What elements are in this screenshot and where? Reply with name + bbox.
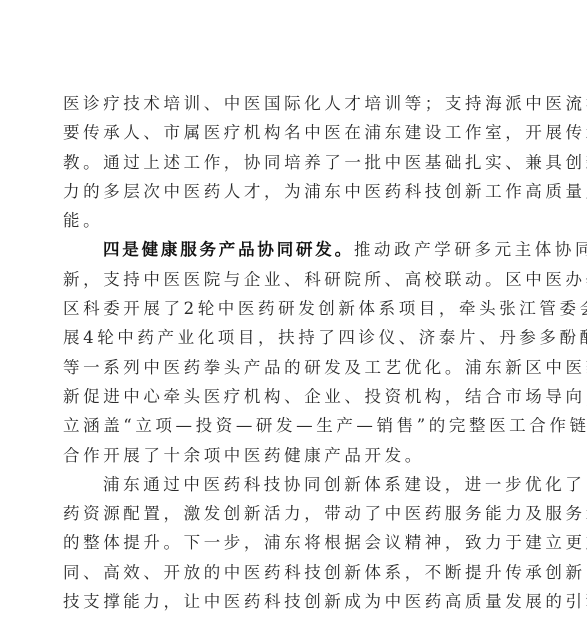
paragraph-talent-training: 医诊疗技术培训、中医国际化人才培训等；支持海派中医流派主 要传承人、市属医疗机构… <box>63 89 513 235</box>
text-line: 新，支持中医医院与企业、科研院所、高校联动。区中医办牵头 <box>63 265 513 294</box>
text-line: 医诊疗技术培训、中医国际化人才培训等；支持海派中医流派主 <box>63 89 513 118</box>
section-heading: 四是健康服务产品协同研发。 <box>103 240 354 259</box>
text-line: 新促进中心牵头医疗机构、企业、投资机构，结合市场导向，建 <box>63 382 513 411</box>
paragraph-conclusion: 浦东通过中医药科技协同创新体系建设，进一步优化了中医 药资源配置，激发创新活力，… <box>63 470 513 616</box>
text-line: 药资源配置，激发创新活力，带动了中医药服务能力及服务水平 <box>63 499 513 528</box>
text-line: 技支撑能力，让中医药科技创新成为中医药高质量发展的引擎。 <box>63 587 513 616</box>
text-line: 四是健康服务产品协同研发。推动政产学研多元主体协同创 <box>63 235 513 264</box>
text-line: 浦东通过中医药科技协同创新体系建设，进一步优化了中医 <box>63 470 513 499</box>
document-page: 医诊疗技术培训、中医国际化人才培训等；支持海派中医流派主 要传承人、市属医疗机构… <box>63 89 513 616</box>
text-line: 力的多层次中医药人才，为浦东中医药科技创新工作高质量赋 <box>63 177 513 206</box>
text-line: 教。通过上述工作，协同培养了一批中医基础扎实、兼具创新能 <box>63 148 513 177</box>
text-line: 的整体提升。下一步，浦东将根据会议精神，致力于建立更加协 <box>63 528 513 557</box>
text-line: 能。 <box>63 206 513 235</box>
text-line: 合作开展了十余项中医药健康产品开发。 <box>63 441 513 470</box>
text-line: 要传承人、市属医疗机构名中医在浦东建设工作室，开展传承带 <box>63 118 513 147</box>
text-line: 展4轮中药产业化项目，扶持了四诊仪、济泰片、丹参多酚酸盐 <box>63 323 513 352</box>
text-line: 等一系列中医药拳头产品的研发及工艺优化。浦东新区中医药创 <box>63 353 513 382</box>
text-span: 推动政产学研多元主体协同创 <box>354 240 587 259</box>
paragraph-product-rnd: 四是健康服务产品协同研发。推动政产学研多元主体协同创 新，支持中医医院与企业、科… <box>63 235 513 469</box>
text-line: 区科委开展了2轮中医药研发创新体系项目，牵头张江管委会开 <box>63 294 513 323</box>
text-line: 同、高效、开放的中医药科技创新体系，不断提升传承创新的科 <box>63 558 513 587</box>
text-line: 立涵盖“立项—投资—研发—生产—销售”的完整医工合作链条， <box>63 411 513 440</box>
